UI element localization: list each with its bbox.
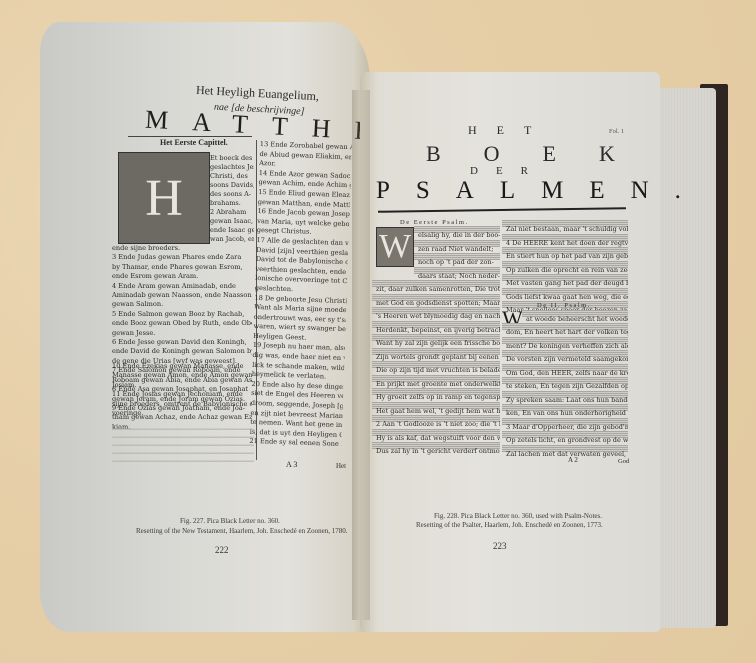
- lyric: Want hy zal zijn gelijk een frissche boo…: [376, 339, 500, 347]
- folio-number: Fol. 1: [609, 128, 624, 135]
- psalm1-lines-beside-initial: elsalig hy, die in der boo- zen raad Nie…: [414, 226, 500, 282]
- music-line: En stiert hun op het pad van zijn gebod,: [502, 247, 628, 261]
- text-line: wan Jacob, en-: [210, 235, 254, 244]
- music-line: at woede beheerscht het woedend heiden-: [522, 310, 628, 324]
- lyric: 3 Maar d'Opperheer, die zijn gebod'nen s…: [506, 423, 628, 431]
- right-catchword: God: [618, 458, 629, 465]
- music-line: dom, En heert het hart der volken tegens…: [502, 323, 628, 337]
- music-line: 2 Aan 't Godlooze is 't niet zoo; die 't…: [372, 415, 500, 429]
- music-line: zit, daar zulken samenrotten, Die trotsc…: [372, 280, 500, 294]
- lyric: Op zulken die oprecht en rein van zeden,: [506, 266, 628, 274]
- text-line: ende David de Koningh gewan Salomon by: [112, 347, 252, 356]
- text-line: gewan Isaac,: [210, 217, 254, 226]
- psalm-title-line1: HET: [468, 123, 551, 138]
- text-line: brahams.: [210, 199, 254, 208]
- music-line: Op zulken die oprecht en rein van zeden,: [502, 261, 628, 275]
- text-line: 5 Ende Salmon gewan Booz by Rachab,: [112, 310, 252, 319]
- chapter-heading: Het Eerste Capittel.: [160, 138, 228, 147]
- lyric: ken, En van ons hun onderhorigheid ontsl…: [506, 409, 628, 417]
- text-line: gewan Salmon.: [112, 300, 252, 309]
- psalm-title-line4: PSALMEN.: [376, 177, 707, 205]
- text-line: ende Booz gewan Obed by Ruth, ende Obed: [112, 319, 252, 328]
- lyric: En prijkt met groente met onderwelkte bl…: [376, 380, 500, 388]
- lyric: 4 De HEERE kent het doen der regtvaardig…: [506, 239, 628, 247]
- music-line: Zy spreken saam: Laat ons hun banden bre…: [502, 391, 628, 405]
- music-line: Zal niet bestaan, maar 't schuldig volk …: [502, 220, 628, 234]
- text-line: Manasse gewan Amon, ende Amon gewan: [112, 371, 252, 380]
- lyric: dom, En heert het hart der volken tegens…: [506, 328, 628, 336]
- music-line: ken, En van ons hun onderhorigheid ontsl…: [502, 404, 628, 418]
- lyric: ment? De koningen verheffen zich alom,: [506, 342, 628, 350]
- text-line: soons Davids,: [210, 181, 254, 190]
- music-line: De vorsten zijn vermeteld saamgekomen,: [502, 350, 628, 364]
- decorated-initial-h: H: [118, 152, 210, 244]
- chapter-rule: [128, 136, 252, 137]
- lyric: Herdenkt, bepeinst, en ijverig betracht:: [376, 326, 500, 334]
- text-line: 21 Ende sy sal eenen Sone baren, ende: [249, 437, 341, 450]
- music-line: Op zetels licht, en grondvest op de wolk…: [502, 431, 628, 445]
- left-caption-line1: Fig. 227. Pica Black Letter no. 360.: [180, 517, 280, 525]
- music-line: Herdenkt, bepeinst, en ijverig betracht:: [372, 321, 500, 335]
- lyric: met God en godsdienst spotten; Maar: [376, 299, 500, 307]
- lyric: zen raad Niet wandelt;: [418, 245, 493, 253]
- text-line: sijne broeders, omtrent de Babylonische …: [112, 400, 252, 409]
- psalm1-lines-main: zit, daar zulken samenrotten, Die trotsc…: [372, 280, 500, 456]
- music-line: Met vasten gang het pad der deugd betred…: [502, 274, 628, 288]
- music-line: Die op zijn tijd met vruchten is beladen…: [372, 361, 500, 375]
- left-col1-beside-initial: Et boeck des geslachtes Jesu Christi, de…: [210, 154, 254, 244]
- music-line: Zal lachen met dat verwaten geveel,: [502, 445, 628, 459]
- psalm2-lines-main: dom, En heert het hart der volken tegens…: [502, 323, 628, 463]
- lyric: at woede beheerscht het woedend heiden-: [526, 315, 628, 323]
- lyric: Dus zal hy in 't gericht verderf ontmoet…: [376, 447, 500, 455]
- text-line: 4 Ende Aram gewan Aminadab, ende: [112, 282, 252, 291]
- text-line: 11 Ende Josias gewan Jechoniam, ende: [112, 390, 252, 399]
- text-line: ende Isaac ge-: [210, 226, 254, 235]
- lyric: Hy groeit zelfs op in ramp en tegenspoed…: [376, 393, 500, 401]
- psalm2-heading: De II. Psalm.: [537, 302, 591, 309]
- lyric: elsalig hy, die in der boo-: [418, 231, 500, 239]
- text-line: Christi, des: [210, 172, 254, 181]
- left-catchword: Het: [336, 462, 346, 470]
- right-page-number: 223: [493, 541, 507, 551]
- right-caption-line1: Fig. 228. Pica Black Letter no. 360, use…: [434, 512, 602, 520]
- lyric: De vorsten zijn vermeteld saamgekomen,: [506, 355, 628, 363]
- music-line: daars staat; Noch neder-: [414, 267, 500, 281]
- right-signature: A 2: [568, 456, 578, 464]
- left-col1-body-lower: 10 Ende Ezekias gewan Manasse, ende Mana…: [112, 362, 252, 422]
- lyric: 2 Aan 't Godlooze is 't niet zoo; die 't…: [376, 420, 500, 428]
- music-line: ment? De koningen verheffen zich alom,: [502, 337, 628, 351]
- text-line: Aminadab gewan Naasson, ende Naasson: [112, 291, 252, 300]
- music-line: Het gaat hem wel, 't gedijt hem wat hy d…: [372, 402, 500, 416]
- music-line: En prijkt met groente met onderwelkte bl…: [372, 375, 500, 389]
- initial-letter: H: [145, 169, 183, 228]
- music-line: Hy is als kaf, dat wegstuift voor den wi…: [372, 429, 500, 443]
- left-page-number: 222: [215, 545, 229, 555]
- text-line: Josiam.: [112, 381, 252, 390]
- decorated-initial-w: W: [376, 227, 414, 267]
- music-line: Gods liefst kwaa gaat hen weg, die eeuwi…: [502, 288, 628, 302]
- lyric: 's Heeren wet blymoedig dag en nacht: [376, 312, 500, 320]
- text-line: 6 Ende Jesse gewan David den Koningh,: [112, 338, 252, 347]
- music-line: Om God, den HEER, zelfs naar de kroon: [502, 364, 628, 378]
- text-line: ende sijne broeders.: [112, 244, 252, 253]
- music-line: 's Heeren wet blymoedig dag en nacht: [372, 307, 500, 321]
- left-caption-line2: Resetting of the New Testament, Haarlem,…: [136, 527, 347, 535]
- music-line: Zijn wortels grondt geplant bij eenen st…: [372, 348, 500, 362]
- lyric: Hy is als kaf, dat wegstuift voor den wi…: [376, 434, 500, 442]
- text-line: Et boeck des: [210, 154, 254, 163]
- music-line: Dus zal hy in 't gericht verderf ontmoet…: [372, 442, 500, 456]
- lyric: Zal lachen met dat verwaten geveel,: [506, 450, 626, 458]
- text-line: gewan Jesse.: [112, 329, 252, 338]
- lyric: zit, daar zulken samenrotten, Die trotsc…: [376, 285, 500, 293]
- lyric: Zy spreken saam: Laat ons hun banden bre…: [506, 396, 628, 404]
- psalm1-heading: De Eerste Psalm.: [400, 219, 469, 226]
- footnotes-block: [112, 424, 254, 462]
- lyric: Gods liefst kwaa gaat hen weg, die eeuwi…: [506, 293, 628, 301]
- left-col2-body: 13 Ende Zorobabel gewan Abiud, en- de Ab…: [249, 140, 352, 453]
- music-line: 4 De HEERE kent het doen der regtvaardig…: [502, 234, 628, 248]
- left-signature: A 3: [286, 460, 297, 469]
- right-caption-line2: Resetting of the Psalter, Haarlem, Joh. …: [416, 521, 603, 529]
- lyric: Op zetels licht, en grondvest op de wolk…: [506, 436, 628, 444]
- lyric: Met vasten gang het pad der deugd betred…: [506, 279, 628, 287]
- text-line: voeringe.: [112, 409, 252, 418]
- text-line: by Thamar, ende Phares gewan Esrom,: [112, 263, 252, 272]
- music-line: 3 Maar d'Opperheer, die zijn gebod'nen s…: [502, 418, 628, 432]
- lyric: te steken, En tegen zijn Gezalfden op te…: [506, 382, 628, 390]
- music-line: zen raad Niet wandelt;: [414, 240, 500, 254]
- psalm-title-line2: BOEK: [426, 141, 658, 167]
- text-line: geslachtes Jesu: [210, 163, 254, 172]
- book-photo: Het Heyligh Euangelium, nae [de beschrij…: [0, 0, 756, 663]
- music-line: noch op 't pad der zon-: [414, 253, 500, 267]
- text-line: des soons A-: [210, 190, 254, 199]
- text-line: ende Esrom gewan Aram.: [112, 272, 252, 281]
- lyric: Zal niet bestaan, maar 't schuldig volk …: [506, 225, 628, 233]
- lyric: noch op 't pad der zon-: [418, 258, 494, 266]
- psalm-title-line3: DER: [470, 165, 546, 177]
- music-line: Want hy zal zijn gelijk een frissche boo…: [372, 334, 500, 348]
- initial-letter: W: [379, 228, 411, 266]
- lyric: daars staat; Noch neder-: [418, 272, 500, 280]
- lyric: Zijn wortels grondt geplant bij eenen st…: [376, 353, 500, 361]
- lyric: Om God, den HEER, zelfs naar de kroon: [506, 369, 628, 377]
- text-line: 10 Ende Ezekias gewan Manasse, ende: [112, 362, 252, 371]
- text-line: 3 Ende Judas gewan Phares ende Zara: [112, 253, 252, 262]
- text-line: 2 Abraham: [210, 208, 254, 217]
- lyric: Die op zijn tijd met vruchten is beladen…: [376, 366, 500, 374]
- music-line: met God en godsdienst spotten; Maar: [372, 294, 500, 308]
- book-gutter: [352, 90, 370, 620]
- music-line: Hy groeit zelfs op in ramp en tegenspoed…: [372, 388, 500, 402]
- lyric: En stiert hun op het pad van zijn gebod,: [506, 252, 628, 260]
- lyric: Het gaat hem wel, 't gedijt hem wat hy d…: [376, 407, 500, 415]
- music-line: te steken, En tegen zijn Gezalfden op te…: [502, 377, 628, 391]
- music-line: elsalig hy, die in der boo-: [414, 226, 500, 240]
